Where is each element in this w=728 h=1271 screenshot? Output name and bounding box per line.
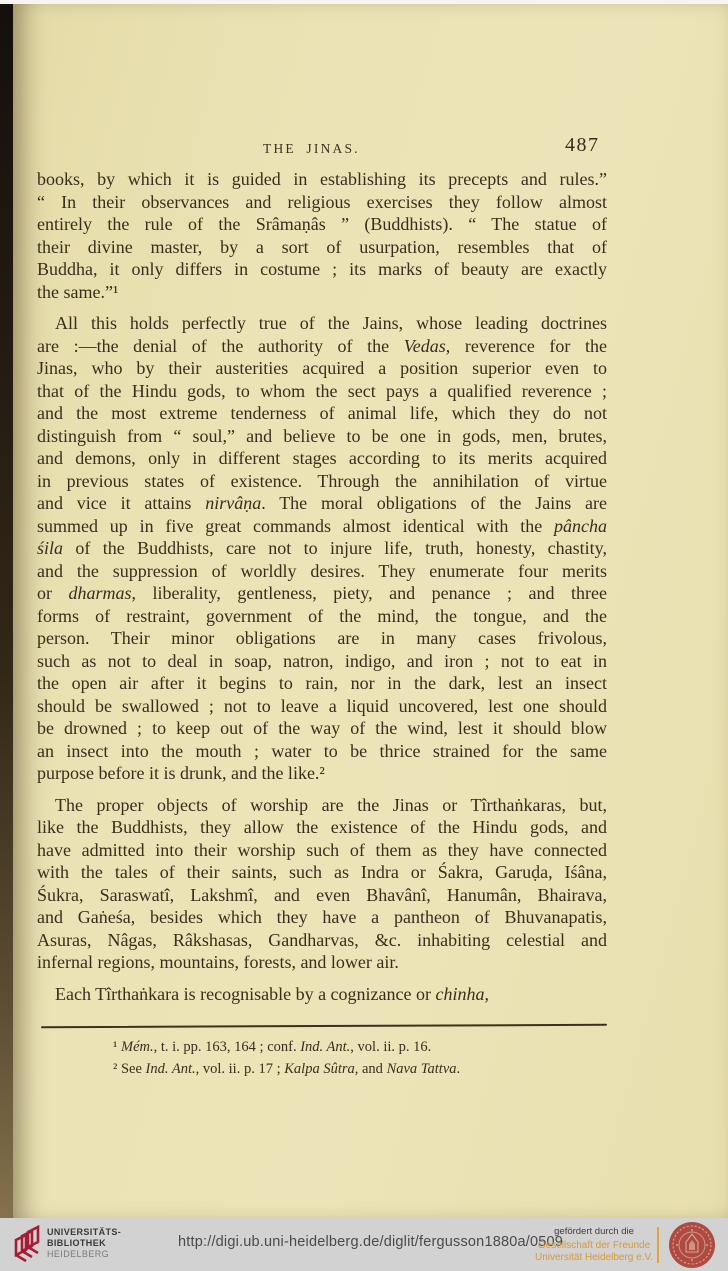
funding-note: gefördert durch die Gesellschaft der Fre… — [532, 1226, 656, 1264]
text-line: have admitted into their worship such of… — [37, 839, 607, 862]
text-line: that of the Hindu gods, to whom the sect… — [37, 380, 607, 403]
library-footer: UNIVERSITÄTS- BIBLIOTHEK HEIDELBERG http… — [0, 1218, 728, 1271]
text-line: are :—the denial of the authority of the… — [37, 335, 607, 358]
text-line: should be swallowed ; not to leave a liq… — [37, 695, 607, 718]
text-line: Buddha, it only differs in costume ; its… — [37, 258, 607, 281]
text-line: the same.”¹ — [37, 281, 607, 304]
footnote: ¹ Mém., t. i. pp. 163, 164 ; conf. Ind. … — [113, 1036, 613, 1058]
text-line: person. Their minor obligations are in m… — [37, 627, 607, 650]
paragraph: All this holds perfectly true of the Jai… — [37, 312, 607, 785]
text-line: Asuras, Nâgas, Râkshasas, Gandharvas, &c… — [37, 929, 607, 952]
book-page: THE JINAS. 487 books, by which it is gui… — [13, 4, 728, 1218]
funding-line1: gefördert durch die — [532, 1226, 656, 1237]
text-line: Śukra, Saraswatî, Lakshmî, and even Bhav… — [37, 884, 607, 907]
footer-divider — [657, 1227, 659, 1263]
footnote: ² See Ind. Ant., vol. ii. p. 17 ; Kalpa … — [113, 1058, 613, 1080]
text-line: their divine master, by a sort of usurpa… — [37, 236, 607, 259]
text-line: like the Buddhists, they allow the exist… — [37, 816, 607, 839]
text-line: The proper objects of worship are the Ji… — [37, 794, 607, 817]
paragraph: Each Tîrthaṅkara is recognisable by a co… — [37, 983, 607, 1006]
text-line: “ In their observances and religious exe… — [37, 191, 607, 214]
text-line: All this holds perfectly true of the Jai… — [37, 312, 607, 335]
library-name-line2: BIBLIOTHEK — [47, 1238, 121, 1249]
text-line: summed up in five great commands almost … — [37, 515, 607, 538]
text-line: entirely the rule of the Srâmaṇâs ” (Bud… — [37, 213, 607, 236]
source-url: http://digi.ub.uni-heidelberg.de/diglit/… — [178, 1234, 563, 1250]
text-line: be drowned ; to keep out of the way of t… — [37, 717, 607, 740]
body-text: books, by which it is guided in establis… — [37, 168, 607, 1005]
paragraph: The proper objects of worship are the Ji… — [37, 794, 607, 974]
text-line: and the most extreme tenderness of anima… — [37, 402, 607, 425]
text-line: in previous states of existence. Through… — [37, 470, 607, 493]
book-spine-edge — [0, 4, 13, 1218]
text-line: or dharmas, liberality, gentleness, piet… — [37, 582, 607, 605]
text-line: an insect into the mouth ; water to be t… — [37, 740, 607, 763]
funding-line3: Universität Heidelberg e.V. — [532, 1252, 656, 1264]
text-line: and Gaṅeśa, besides which they have a pa… — [37, 906, 607, 929]
text-line: Each Tîrthaṅkara is recognisable by a co… — [37, 983, 607, 1006]
text-line: and the suppression of worldly desires. … — [37, 560, 607, 583]
university-heidelberg-seal-icon — [668, 1221, 716, 1269]
paragraph: books, by which it is guided in establis… — [37, 168, 607, 303]
scanned-book-page: THE JINAS. 487 books, by which it is gui… — [0, 0, 728, 1271]
text-line: purpose before it is drunk, and the like… — [37, 762, 607, 785]
page-number: 487 — [565, 134, 600, 157]
running-title: THE JINAS. — [263, 141, 360, 157]
footnote-rule — [41, 1024, 607, 1028]
ub-heidelberg-logo-icon — [12, 1224, 44, 1266]
text-line: and vice it attains nirvâṇa. The moral o… — [37, 492, 607, 515]
text-line: and demons, only in different stages acc… — [37, 447, 607, 470]
text-line: śila of the Buddhists, care not to injur… — [37, 537, 607, 560]
text-line: infernal regions, mountains, forests, an… — [37, 951, 607, 974]
text-line: such as not to deal in soap, natron, ind… — [37, 650, 607, 673]
library-name-line1: UNIVERSITÄTS- — [47, 1227, 121, 1238]
library-name-line3: HEIDELBERG — [47, 1249, 121, 1260]
text-line: forms of restraint, government of the mi… — [37, 605, 607, 628]
text-line: distinguish from “ soul,” and believe to… — [37, 425, 607, 448]
footnotes: ¹ Mém., t. i. pp. 163, 164 ; conf. Ind. … — [113, 1036, 613, 1080]
library-name: UNIVERSITÄTS- BIBLIOTHEK HEIDELBERG — [47, 1227, 121, 1260]
text-line: with the tales of their saints, such as … — [37, 861, 607, 884]
text-line: the open air after it begins to rain, no… — [37, 672, 607, 695]
text-line: Jinas, who by their austerities acquired… — [37, 357, 607, 380]
text-line: books, by which it is guided in establis… — [37, 168, 607, 191]
funding-line2: Gesellschaft der Freunde — [532, 1240, 656, 1252]
